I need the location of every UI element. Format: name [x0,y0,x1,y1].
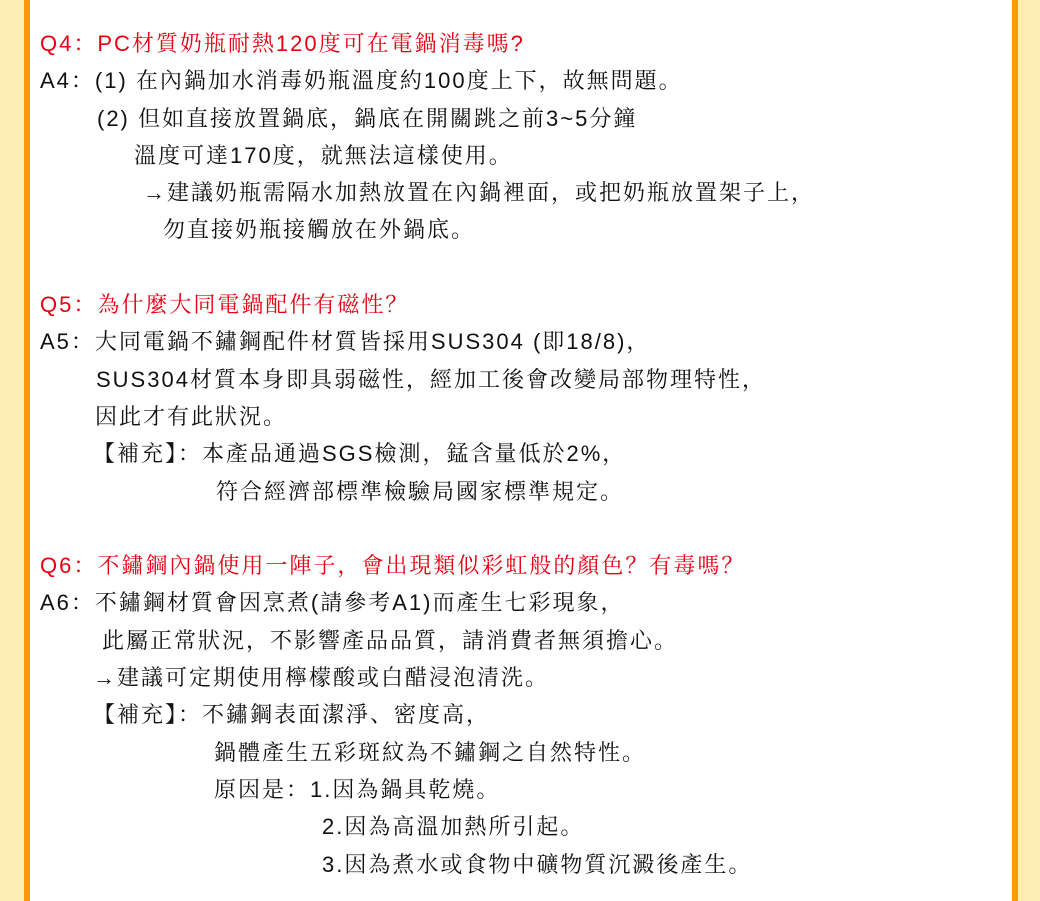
q5-answer-line-5: 符合經濟部標準檢驗局國家標準規定。 [30,473,1012,510]
q6-answer-line-6: 原因是：1.因為鍋具乾燒。 [30,771,1012,808]
q4-answer-line-1: A4：(1) 在內鍋加水消毒奶瓶溫度約100度上下，故無問題。 [30,62,1012,99]
q5-answer-line-2: SUS304材質本身即具弱磁性，經加工後會改變局部物理特性， [30,361,1012,398]
q5-answer-line-3: 因此才有此狀況。 [30,398,1012,435]
q5-answer-line-4: 【補充】：本產品通過SGS檢測，錳含量低於2%， [30,435,1012,472]
q4-question: Q4：PC材質奶瓶耐熱120度可在電鍋消毒嗎? [30,25,1012,62]
q4-answer-line-5: 勿直接奶瓶接觸放在外鍋底。 [30,211,1012,248]
q5-question: Q5：為什麼大同電鍋配件有磁性？ [30,286,1012,323]
q6-answer-line-7: 2.因為高溫加熱所引起。 [30,808,1012,845]
faq-content: Q4：PC材質奶瓶耐熱120度可在電鍋消毒嗎? A4：(1) 在內鍋加水消毒奶瓶… [30,0,1012,883]
q6-answer-line-3: →建議可定期使用檸檬酸或白醋浸泡清洗。 [30,659,1012,696]
q4-answer-line-3: 溫度可達170度，就無法這樣使用。 [30,137,1012,174]
q6-question: Q6：不鏽鋼內鍋使用一陣子，會出現類似彩虹般的顏色？有毒嗎？ [30,547,1012,584]
q4-answer-line-2: (2) 但如直接放置鍋底，鍋底在開關跳之前3~5分鐘 [30,100,1012,137]
q5-answer-line-1: A5：大同電鍋不鏽鋼配件材質皆採用SUS304 (即18/8)， [30,323,1012,360]
faq-sheet: Q4：PC材質奶瓶耐熱120度可在電鍋消毒嗎? A4：(1) 在內鍋加水消毒奶瓶… [24,0,1018,901]
q6-answer-line-1: A6：不鏽鋼材質會因烹煮(請參考A1)而產生七彩現象， [30,584,1012,621]
section-gap [30,249,1012,286]
q6-answer-line-8: 3.因為煮水或食物中礦物質沉澱後產生。 [30,846,1012,883]
section-gap [30,510,1012,547]
q6-answer-line-2: 此屬正常狀況，不影響產品品質，請消費者無須擔心。 [30,622,1012,659]
q6-answer-line-5: 鍋體產生五彩斑紋為不鏽鋼之自然特性。 [30,734,1012,771]
q6-answer-line-4: 【補充】：不鏽鋼表面潔淨、密度高， [30,696,1012,733]
q4-answer-line-4: →建議奶瓶需隔水加熱放置在內鍋裡面，或把奶瓶放置架子上， [30,174,1012,211]
